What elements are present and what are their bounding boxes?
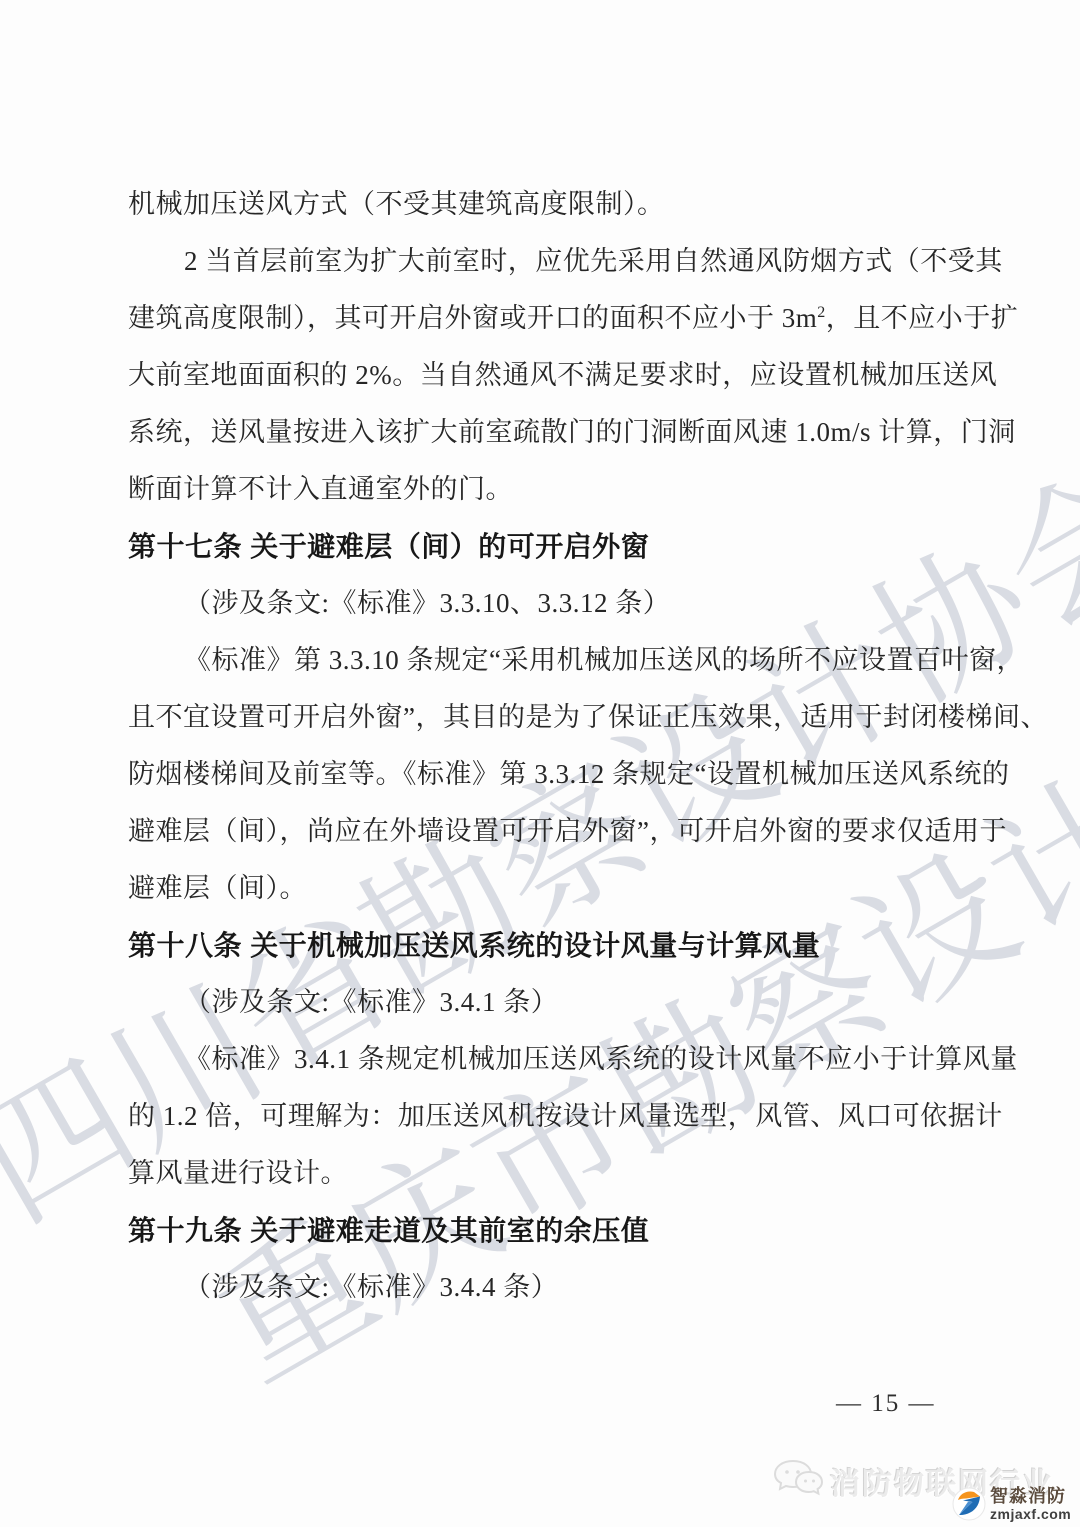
body-line: 算风量进行设计。 [128, 1145, 960, 1202]
logo-domain: zmjaxf.com [990, 1507, 1071, 1521]
body-line: 系统，送风量按进入该扩大前室疏散门的门洞断面风速 1.0m/s 计算，门洞 [128, 404, 960, 461]
body-line-pre: 建筑高度限制），其可开启外窗或开口的面积不应小于 3m [128, 303, 817, 333]
document-page: 四川省勘察设计协会 重庆市勘察设计协会 机械加压送风方式（不受其建筑高度限制）。… [0, 0, 1080, 1527]
body-line-post: ，且不应小于扩 [826, 303, 1019, 333]
body-line: 《标准》3.4.1 条规定机械加压送风系统的设计风量不应小于计算风量 [128, 1031, 960, 1088]
document-body: 机械加压送风方式（不受其建筑高度限制）。 2 当首层前室为扩大前室时，应优先采用… [128, 176, 960, 1316]
superscript-2: 2 [817, 304, 826, 321]
chat-bubbles-icon [772, 1458, 824, 1503]
body-line-superscript: 建筑高度限制），其可开启外窗或开口的面积不应小于 3m2，且不应小于扩 [128, 290, 960, 347]
logo-name: 智淼消防 [990, 1487, 1071, 1505]
body-line: 断面计算不计入直通室外的门。 [128, 461, 960, 518]
clause-reference: （涉及条文:《标准》3.4.4 条） [128, 1259, 960, 1316]
body-line: 避难层（间），尚应在外墙设置可开启外窗”，可开启外窗的要求仅适用于 [128, 803, 960, 860]
section-heading-17: 第十七条 关于避难层（间）的可开启外窗 [128, 518, 960, 575]
zhimiao-logo-icon [952, 1487, 986, 1526]
body-line: 机械加压送风方式（不受其建筑高度限制）。 [128, 176, 960, 233]
zhimiao-logo: 智淼消防 zmjaxf.com [952, 1487, 1071, 1526]
body-line: 大前室地面面积的 2%。当自然通风不满足要求时，应设置机械加压送风 [128, 347, 960, 404]
clause-reference: （涉及条文:《标准》3.4.1 条） [128, 974, 960, 1031]
section-heading-18: 第十八条 关于机械加压送风系统的设计风量与计算风量 [128, 917, 960, 974]
page-number: — 15 — [836, 1390, 936, 1418]
body-line: 防烟楼梯间及前室等。《标准》第 3.3.12 条规定“设置机械加压送风系统的 [128, 746, 960, 803]
body-line: 2 当首层前室为扩大前室时，应优先采用自然通风防烟方式（不受其 [128, 233, 960, 290]
body-line: 避难层（间）。 [128, 860, 960, 917]
body-line: 且不宜设置可开启外窗”，其目的是为了保证正压效果，适用于封闭楼梯间、 [128, 689, 960, 746]
section-heading-19: 第十九条 关于避难走道及其前室的余压值 [128, 1202, 960, 1259]
body-line: 《标准》第 3.3.10 条规定“采用机械加压送风的场所不应设置百叶窗， [128, 632, 960, 689]
body-line: 的 1.2 倍，可理解为：加压送风机按设计风量选型，风管、风口可依据计 [128, 1088, 960, 1145]
clause-reference: （涉及条文:《标准》3.3.10、3.3.12 条） [128, 575, 960, 632]
